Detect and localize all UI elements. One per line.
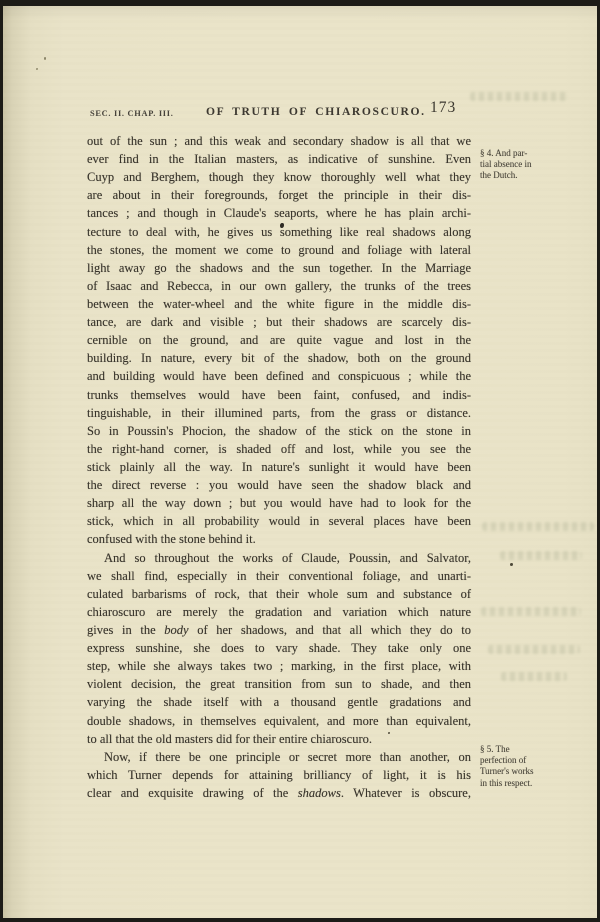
margin-note-line: tial absence in <box>480 159 572 170</box>
text-line: express sunshine, she does to vary shade… <box>87 639 471 657</box>
text-line: the stones, the moment we come to ground… <box>87 241 471 259</box>
text-line: are about in their foregrounds, forget t… <box>87 186 471 204</box>
margin-note-line: the Dutch. <box>480 170 572 181</box>
header-page-number: 173 <box>430 99 456 117</box>
text-line: the direct reverse : you would have seen… <box>87 476 471 494</box>
margin-note-line: perfection of <box>480 755 572 766</box>
margin-note-4: § 4. And par-tial absence inthe Dutch. <box>480 148 572 182</box>
margin-note-line: Turner's works <box>480 766 572 777</box>
text-line: gives in the body of her shadows, and th… <box>87 621 471 639</box>
text-line: So in Poussin's Phocion, the shadow of t… <box>87 422 471 440</box>
margin-note-line: in this respect. <box>480 778 572 789</box>
text-line: And so throughout the works of Claude, P… <box>87 549 471 567</box>
text-line: to all that the old masters did for thei… <box>87 730 471 748</box>
header-section-label: SEC. II. CHAP. III. <box>90 109 174 118</box>
text-line: of Isaac and Rebecca, in our own gallery… <box>87 277 471 295</box>
text-line: the right-hand corner, is shaded off and… <box>87 440 471 458</box>
text-line: stick, which in all probability would in… <box>87 512 471 530</box>
text-line: chiaroscuro are merely the gradation and… <box>87 603 471 621</box>
text-line: tance, are dark and visible ; but their … <box>87 313 471 331</box>
show-through-mark <box>501 672 567 681</box>
text-line: sharp all the way down ; but you would h… <box>87 494 471 512</box>
text-line: varying the shade itself with a thousand… <box>87 693 471 711</box>
text-line: out of the sun ; and this weak and secon… <box>87 132 471 150</box>
text-line: we shall find, especially in their conve… <box>87 567 471 585</box>
show-through-mark <box>500 551 582 560</box>
margin-note-5: § 5. Theperfection ofTurner's worksin th… <box>480 744 572 789</box>
text-line: ever find in the Italian masters, as ind… <box>87 150 471 168</box>
text-line: Now, if there be one principle or secret… <box>87 748 471 766</box>
scanned-book-page: { "page": { "header": { "section": "SEC.… <box>0 0 600 922</box>
show-through-mark <box>488 645 580 654</box>
text-line: double shadows, in themselves equivalent… <box>87 712 471 730</box>
ink-speck <box>44 57 46 60</box>
ink-speck <box>36 68 38 70</box>
paper-page: SEC. II. CHAP. III. OF TRUTH OF CHIAROSC… <box>3 6 597 918</box>
header-chapter-title: OF TRUTH OF CHIAROSCURO. <box>206 105 426 118</box>
ink-speck <box>510 563 513 566</box>
text-line: tecture to deal with, he gives us someth… <box>87 223 471 241</box>
text-line: stick plainly all the way. In nature's s… <box>87 458 471 476</box>
text-line: tances ; and though in Claude's seaports… <box>87 204 471 222</box>
text-line: culated barbarisms of rock, that their w… <box>87 585 471 603</box>
margin-note-line: § 4. And par- <box>480 148 572 159</box>
text-line: between the water-wheel and the white fi… <box>87 295 471 313</box>
margin-note-line: § 5. The <box>480 744 572 755</box>
text-line: which Turner depends for attaining brill… <box>87 766 471 784</box>
text-line: cernible on the ground, and are quite va… <box>87 331 471 349</box>
body-text: out of the sun ; and this weak and secon… <box>87 132 471 802</box>
text-line: light away go the shadows and the sun to… <box>87 259 471 277</box>
text-line: tinguishable, in their illumined parts, … <box>87 404 471 422</box>
text-line: and building would have been defined and… <box>87 367 471 385</box>
text-line: confused with the stone behind it. <box>87 530 471 548</box>
text-line: Cuyp and Berghem, though they know thoro… <box>87 168 471 186</box>
text-line: step, while she always takes two ; marki… <box>87 657 471 675</box>
text-line: trunks themselves would have been faint,… <box>87 386 471 404</box>
show-through-mark <box>481 607 581 616</box>
show-through-mark <box>470 92 568 101</box>
text-line: building. In nature, every bit of the sh… <box>87 349 471 367</box>
show-through-mark <box>482 522 594 531</box>
text-line: clear and exquisite drawing of the shado… <box>87 784 471 802</box>
text-line: violent decision, the great transition f… <box>87 675 471 693</box>
